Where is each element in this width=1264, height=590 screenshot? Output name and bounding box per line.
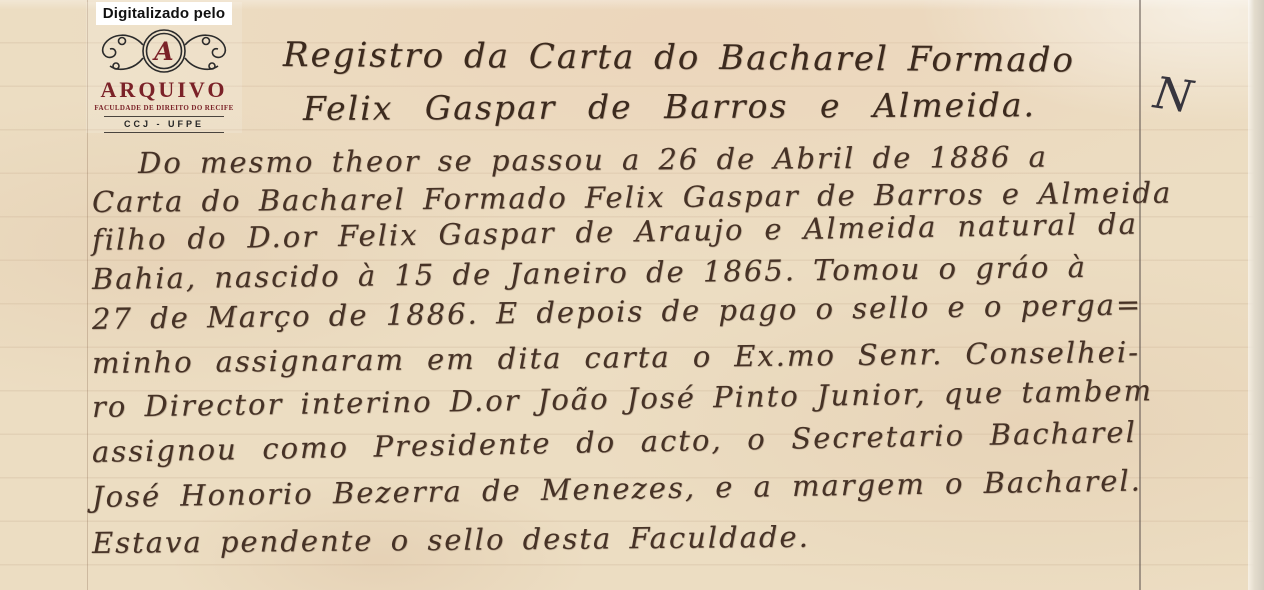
manuscript-title-line-1: Registro da Carta do Bacharel Formado [283,36,1035,80]
org-unit: CCJ - UFPE [104,116,224,133]
org-subtitle: FACULDADE DE DIREITO DO RECIFE [86,104,242,112]
digitized-by-label: Digitalizado pelo [96,2,233,25]
manuscript-line: Estava pendente o sello desta Faculdade. [92,521,792,560]
manuscript-line: ro Director interino D.or João José Pint… [92,375,1102,424]
scanned-manuscript-page: Digitalizado pelo A ARQUIVO FACULDADE DE… [0,0,1264,590]
manuscript-line: assignou como Presidente do acto, o Secr… [92,416,1137,469]
archive-logo: Digitalizado pelo A ARQUIVO FACULDADE DE… [86,2,242,133]
org-name: ARQUIVO [86,79,242,101]
manuscript-line: Do mesmo theor se passou a 26 de Abril d… [138,141,1035,181]
page-edge [1248,0,1264,590]
manuscript-line: minho assignaram em dita carta o Ex.mo S… [92,336,1140,380]
arquivo-monogram-icon: A [89,25,239,79]
manuscript-line: José Honorio Bezerra de Menezes, e a mar… [92,465,1142,515]
manuscript-title-line-2: Felix Gaspar de Barros e Almeida. [303,86,1036,128]
monogram-letter: A [152,37,173,66]
margin-note: N [1151,68,1196,124]
manuscript-line: 27 de Março de 1886. E depois de pago o … [92,288,1135,336]
